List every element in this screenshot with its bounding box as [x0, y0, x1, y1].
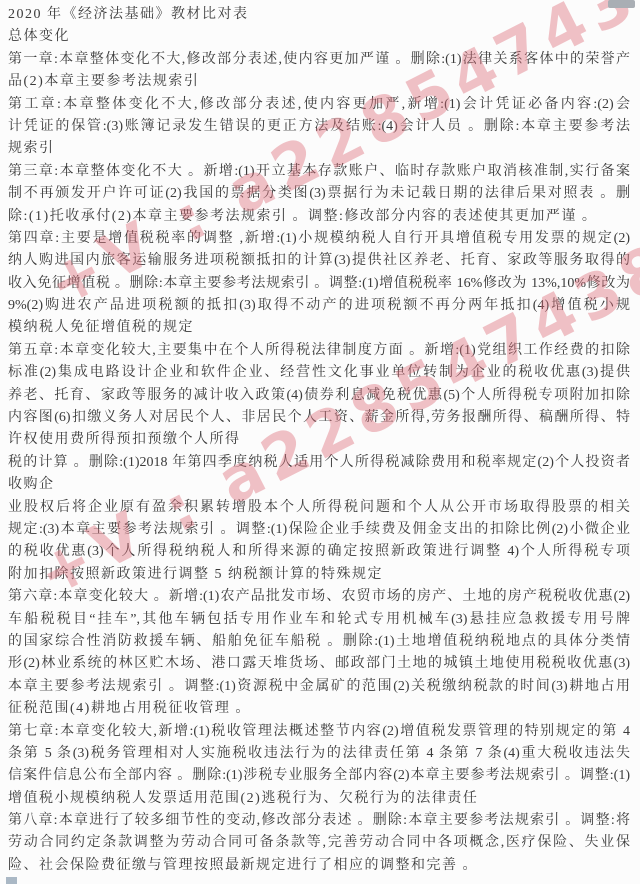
text-line: 纳人购进国内旅客运输服务进项税额抵扣的计算(3)提供社区养老、托育、家政等服务取…	[8, 250, 630, 272]
text-line: 第八章:本章进行了较多细节性的变动,修改部分表述 。删除:本章主要参考法规索引 …	[8, 810, 630, 832]
selection-handle	[6, 877, 17, 884]
document-body: 2020 年《经济法基础》教材比对表总体变化第一章:本章整体变化不大,修改部分表…	[8, 4, 630, 877]
text-line: 信案件信息公布全部内容 。删除:(1)涉税专业服务全部内容(2)本章主要参考法规…	[8, 765, 630, 787]
text-line: 第五章:本章变化较大,主要集中在个人所得税法律制度方面 。新增:(1)党组织工作…	[8, 340, 630, 362]
text-line: 征税范围(4)耕地占用税征收管理 。	[8, 698, 630, 720]
text-line: 制不再颁发开户许可证(2)我国的票据分类图(3)票据行为未记载日期的法律后果对照…	[8, 183, 630, 205]
text-line: 第七章:本章变化较大,新增:(1)税收管理法概述整节内容(2)增值税发票管理的特…	[8, 721, 630, 743]
text-line: 计凭证的保管:(3)账簿记录发生错误的更正方法及结账:(4)会计人员 。删除:本…	[8, 116, 630, 138]
scrollbar-fragment[interactable]	[608, 0, 635, 8]
text-line: 第一章:本章整体变化不大,修改部分表述,使内容更加严谨 。删除:(1)法律关系客…	[8, 49, 630, 71]
text-line: 业股权后将企业原有盈余积累转增股本个人所得税问题和个人从公开市场取得股票的相关	[8, 497, 630, 519]
document-lines: 2020 年《经济法基础》教材比对表总体变化第一章:本章整体变化不大,修改部分表…	[8, 4, 630, 877]
text-line: 形(2)林业系统的林区贮木场、港口露天堆货场、邮政部门土地的城镇土地使用税税收优…	[8, 653, 630, 675]
page: { "document": { "title": "2020 年《经济法基础》教…	[0, 0, 640, 884]
text-line: 标准(2)集成电路设计企业和软件企业、经营性文化事业单位转制为企业的税收优惠(3…	[8, 362, 630, 384]
text-line: 9%(2)购进农产品进项税额的抵扣(3)取得不动产的进项税额不再分两年抵扣(4)…	[8, 295, 630, 317]
text-line: 总体变化	[8, 26, 630, 48]
text-line: 2020 年《经济法基础》教材比对表	[8, 4, 630, 26]
text-line: 品(2)本章主要参考法规索引	[8, 71, 630, 93]
text-line: 规索引	[8, 138, 630, 160]
text-line: 收购企	[8, 474, 630, 496]
text-line: 收入免征增值税 。删除:本章主要参考法规索引 。调整:(1)增值税税率 16%修…	[8, 273, 630, 295]
text-line: 增值税小规模纳税人发票适用范围(2)逃税行为、欠税行为的法律责任	[8, 788, 630, 810]
text-line: 第三章:本章整体变化不大 。新增:(1)开立基本存款账户、临时存款账户取消核准制…	[8, 161, 630, 183]
text-line: 第四章:主要是增值税税率的调整 ,新增:(1)小规模纳税人自行开具增值税专用发票…	[8, 228, 630, 250]
text-line: 的国家综合性消防救援车辆、船舶免征车船税 。删除:(1)土地增值税纳税地点的具体…	[8, 631, 630, 653]
text-line: 本章主要参考法规索引 。调整:(1)资源税中金属矿的范围(2)关税缴纳税款的时间…	[8, 676, 630, 698]
text-line: 许权使用费所得预扣预缴个人所得	[8, 429, 630, 451]
text-line: 附加扣除按照新政策进行调整 5 纳税额计算的特殊规定	[8, 564, 630, 586]
text-line: 劳动合同约定条款调整为劳动合同可备条款等,完善劳动合同中各项概念,医疗保险、失业…	[8, 832, 630, 854]
text-line: 险、社会保险费征缴与管理按照最新规定进行了相应的调整和完善 。	[8, 855, 630, 877]
text-line: 养老、托育、家政等服务的减计收入政策(4)债券利息减免税优惠(5)个人所得税专项…	[8, 385, 630, 407]
text-line: 第六章:本章变化较大 。新增:(1)农产品批发市场、农贸市场的房产、土地的房产税…	[8, 586, 630, 608]
text-line: 车船税税目“挂车”,其他车辆包括专用作业车和轮式专用机械车(3)悬挂应急救援专用…	[8, 609, 630, 631]
text-line: 规定:(3)本章主要参考法规索引 。调整:(1)保险企业手续费及佣金支出的扣除比…	[8, 519, 630, 541]
text-line: 除:(1)托收承付(2)本章主要参考法规索引 。调整:修改部分内容的表述使其更加…	[8, 206, 630, 228]
text-line: 内容图(6)扣缴义务人对居民个人、非居民个人工资、薪金所得,劳务报酬所得、稿酬所…	[8, 407, 630, 429]
text-line: 的税收优惠(3)个人所得税纳税人和所得来源的确定按照新政策进行调整 4)个人所得…	[8, 541, 630, 563]
text-line: 第工章:本章整体变化不大,修改部分表述,使内容更加严,新增:(1)会计凭证必备内…	[8, 94, 630, 116]
text-line: 税的计算 。删除:(1)2018 年第四季度纳税人适用个人所得税减除费用和税率规…	[8, 452, 630, 474]
text-line: 条第 5 条(3)税务管理相对人实施税收违法行为的法律责任第 4 条第 7 条(…	[8, 743, 630, 765]
text-line: 模纳税人免征增值税的规定	[8, 317, 630, 339]
